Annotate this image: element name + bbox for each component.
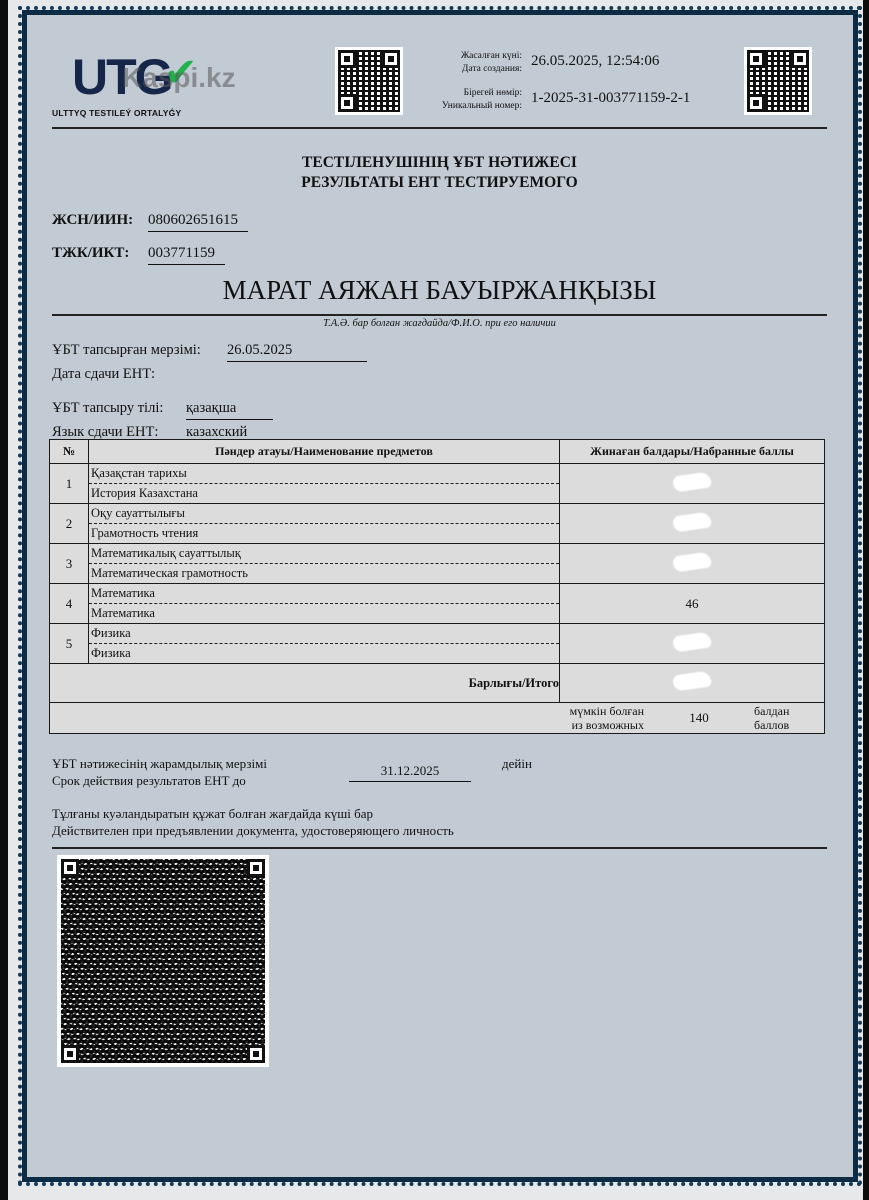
identity-notice: Тұлғаны куәландыратын құжат болған жағда… bbox=[52, 805, 454, 839]
validity-suffix: дейін bbox=[502, 755, 532, 772]
org-name: ULTTYQ TESTILEÝ ORTALYǴY bbox=[52, 108, 181, 118]
created-value: 26.05.2025, 12:54:06 bbox=[531, 53, 659, 70]
exam-lang-value-kz: қазақша bbox=[186, 400, 273, 420]
table-row: 2Оқу сауаттылығыГрамотность чтения bbox=[50, 504, 825, 544]
row-number: 2 bbox=[50, 504, 89, 544]
possible-label: мүмкін болған из возможных bbox=[524, 704, 644, 732]
footer-divider bbox=[52, 847, 827, 849]
subject-name-ru: История Казахстана bbox=[89, 484, 559, 503]
validity-label: ҰБТ нәтижесінің жарамдылық мерзімі Срок … bbox=[52, 755, 267, 789]
redacted-score bbox=[672, 670, 712, 691]
total-score bbox=[560, 664, 825, 703]
subject-name-kz: Қазақстан тарихы bbox=[89, 464, 559, 484]
exam-lang-label-kz: ҰБТ тапсыру тілі: bbox=[52, 400, 163, 417]
exam-date-label-kz: ҰБТ тапсырған мерзімі: bbox=[52, 342, 201, 359]
table-row: 3Математикалық сауаттылықМатематическая … bbox=[50, 544, 825, 584]
unique-number-label: Бірегей нөмір: Уникальный номер: bbox=[422, 87, 522, 113]
subject-name: Математикалық сауаттылықМатематическая г… bbox=[89, 544, 560, 584]
table-header-row: № Пәндер атауы/Наименование предметов Жи… bbox=[50, 440, 825, 464]
row-number: 1 bbox=[50, 464, 89, 504]
row-number: 3 bbox=[50, 544, 89, 584]
iin-value: 080602651615 bbox=[148, 212, 248, 232]
header-subject: Пәндер атауы/Наименование предметов bbox=[89, 440, 560, 464]
certificate-frame: UTG ✔ Kaspi.kz ULTTYQ TESTILEÝ ORTALYǴY … bbox=[22, 10, 858, 1182]
header-divider bbox=[52, 127, 827, 129]
subject-name-ru: Математика bbox=[89, 604, 559, 623]
fio-note: Т.А.Ә. бар болған жағдайда/Ф.И.О. при ег… bbox=[52, 318, 827, 329]
full-name: МАРАТ АЯЖАН БАУЫРЖАНҚЫЗЫ bbox=[52, 275, 827, 306]
scores-table: № Пәндер атауы/Наименование предметов Жи… bbox=[49, 439, 825, 734]
ikt-label: ТЖК/ИКТ: bbox=[52, 245, 129, 262]
iin-label: ЖСН/ИИН: bbox=[52, 212, 133, 229]
subject-score: 46 bbox=[560, 584, 825, 624]
subject-name: ФизикаФизика bbox=[89, 624, 560, 664]
subject-score bbox=[560, 504, 825, 544]
screen-edge-right bbox=[863, 0, 869, 1200]
subject-name-ru: Математическая грамотность bbox=[89, 564, 559, 583]
qr-code-right bbox=[744, 47, 812, 115]
subject-name-kz: Математикалық сауаттылық bbox=[89, 544, 559, 564]
exam-date-value: 26.05.2025 bbox=[227, 342, 367, 362]
subject-name: МатематикаМатематика bbox=[89, 584, 560, 624]
qr-code-main bbox=[57, 855, 269, 1067]
table-row: 1Қазақстан тарихыИстория Казахстана bbox=[50, 464, 825, 504]
screen-edge-left bbox=[0, 0, 8, 1200]
redacted-score bbox=[672, 551, 712, 572]
unique-number-value: 1-2025-31-003771159-2-1 bbox=[531, 90, 690, 107]
subject-name: Қазақстан тарихыИстория Казахстана bbox=[89, 464, 560, 504]
header-num: № bbox=[50, 440, 89, 464]
validity-date: 31.12.2025 bbox=[349, 763, 471, 782]
row-number: 5 bbox=[50, 624, 89, 664]
utg-logo: UTG ✔ Kaspi.kz ULTTYQ TESTILEÝ ORTALYǴY bbox=[52, 48, 252, 118]
table-row: 4МатематикаМатематика46 bbox=[50, 584, 825, 624]
qr-code-left bbox=[335, 47, 403, 115]
total-row: Барлығы/Итого bbox=[50, 664, 825, 703]
redacted-score bbox=[672, 631, 712, 652]
subject-name-ru: Физика bbox=[89, 644, 559, 663]
subject-score bbox=[560, 624, 825, 664]
possible-row: мүмкін болған из возможных 140 балдан ба… bbox=[50, 703, 825, 734]
redacted-score bbox=[672, 471, 712, 492]
subject-score bbox=[560, 544, 825, 584]
created-label: Жасалған күні: Дата создания: bbox=[422, 50, 522, 76]
exam-date-label-ru: Дата сдачи ЕНТ: bbox=[52, 366, 155, 383]
name-divider bbox=[52, 314, 827, 316]
table-row: 5ФизикаФизика bbox=[50, 624, 825, 664]
total-label: Барлығы/Итого bbox=[50, 664, 560, 703]
row-number: 4 bbox=[50, 584, 89, 624]
subject-name-kz: Физика bbox=[89, 624, 559, 644]
header-score: Жинаған балдары/Набранные баллы bbox=[560, 440, 825, 464]
ikt-value: 003771159 bbox=[148, 245, 225, 265]
watermark: Kaspi.kz bbox=[122, 62, 236, 94]
subject-name: Оқу сауаттылығыГрамотность чтения bbox=[89, 504, 560, 544]
subject-name-kz: Математика bbox=[89, 584, 559, 604]
subject-score bbox=[560, 464, 825, 504]
possible-value: 140 bbox=[644, 711, 754, 725]
subject-name-kz: Оқу сауаттылығы bbox=[89, 504, 559, 524]
document-title: ТЕСТІЛЕНУШІНІҢ ҰБТ НӘТИЖЕСІ РЕЗУЛЬТАТЫ Е… bbox=[52, 153, 827, 193]
redacted-score bbox=[672, 511, 712, 532]
subject-name-ru: Грамотность чтения bbox=[89, 524, 559, 543]
possible-points: мүмкін болған из возможных 140 балдан ба… bbox=[50, 704, 824, 732]
possible-unit: балдан баллов bbox=[754, 704, 824, 732]
